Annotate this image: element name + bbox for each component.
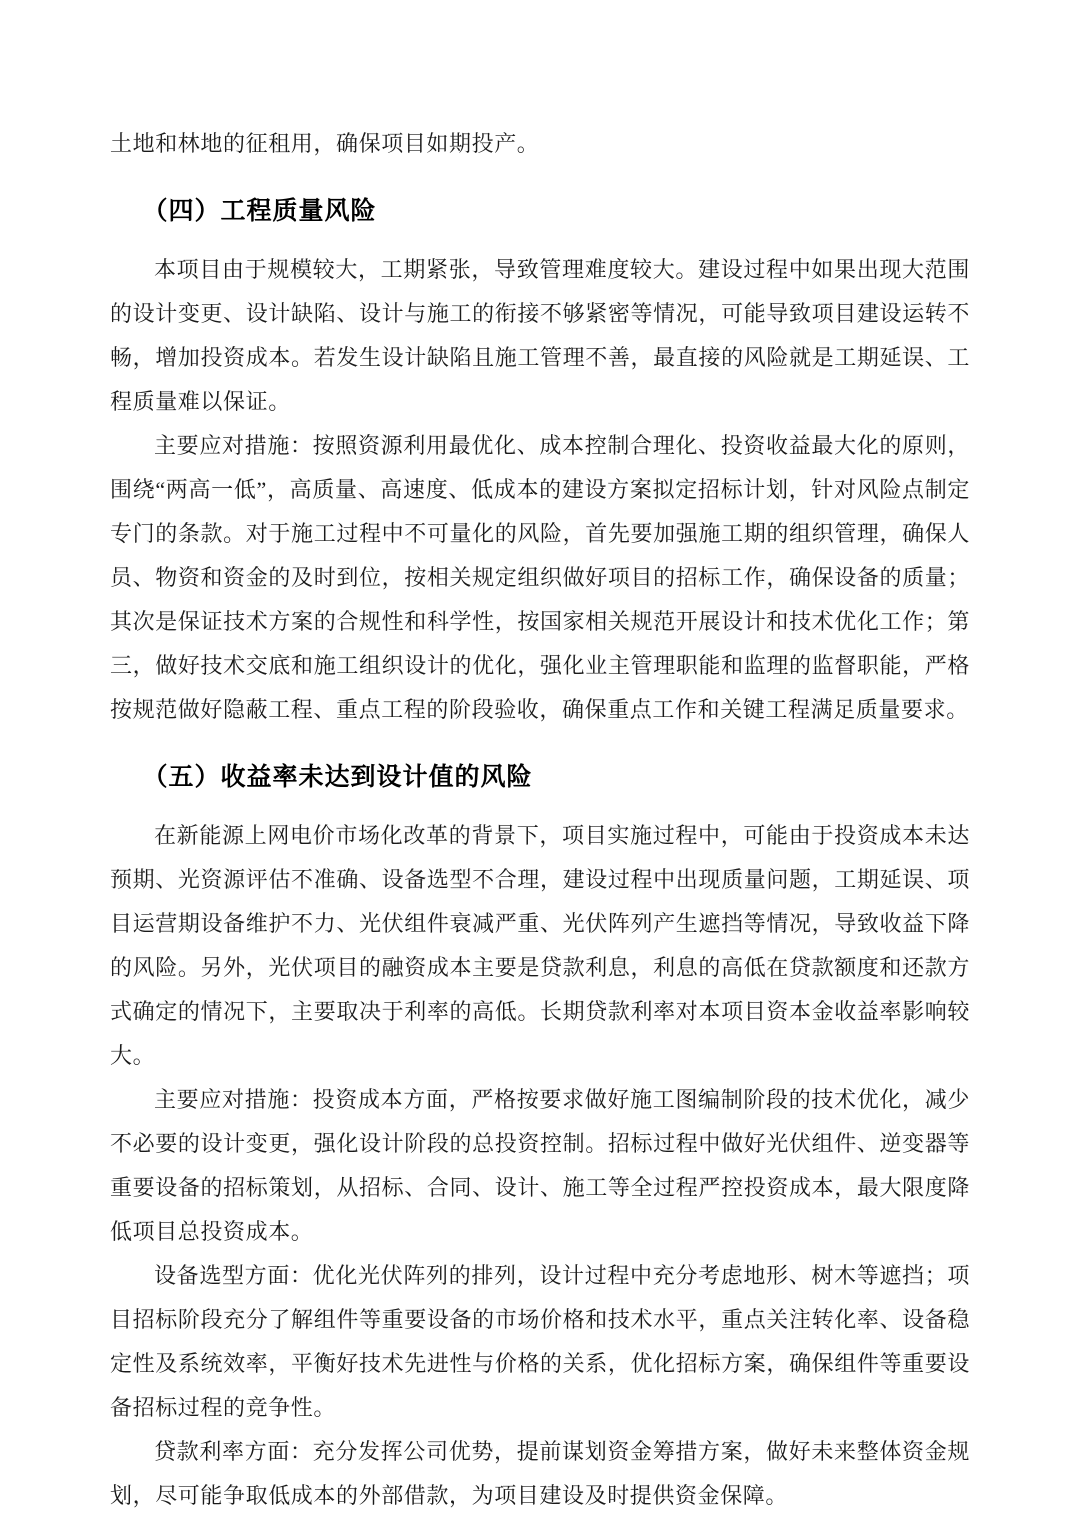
document-page: 土地和林地的征租用，确保项目如期投产。 （四）工程质量风险 本项目由于规模较大，… <box>0 0 1080 1527</box>
paragraph-quality-risk-measures: 主要应对措施：按照资源利用最优化、成本控制合理化、投资收益最大化的原则，围绕“两… <box>110 424 970 732</box>
section-heading-project-quality-risk: （四）工程质量风险 <box>110 193 970 229</box>
paragraph-yield-risk-equipment-selection-measures: 设备选型方面：优化光伏阵列的排列，设计过程中充分考虑地形、树木等遮挡；项目招标阶… <box>110 1254 970 1430</box>
continuation-paragraph: 土地和林地的征租用，确保项目如期投产。 <box>110 122 970 166</box>
paragraph-yield-risk-loan-rate-measures: 贷款利率方面：充分发挥公司优势，提前谋划资金筹措方案，做好未来整体资金规划，尽可… <box>110 1430 970 1518</box>
section-heading-yield-risk: （五）收益率未达到设计值的风险 <box>110 759 970 795</box>
paragraph-yield-risk-description: 在新能源上网电价市场化改革的背景下，项目实施过程中，可能由于投资成本未达预期、光… <box>110 814 970 1078</box>
paragraph-yield-risk-investment-cost-measures: 主要应对措施：投资成本方面，严格按要求做好施工图编制阶段的技术优化，减少不必要的… <box>110 1078 970 1254</box>
paragraph-quality-risk-description: 本项目由于规模较大，工期紧张，导致管理难度较大。建设过程中如果出现大范围的设计变… <box>110 248 970 424</box>
